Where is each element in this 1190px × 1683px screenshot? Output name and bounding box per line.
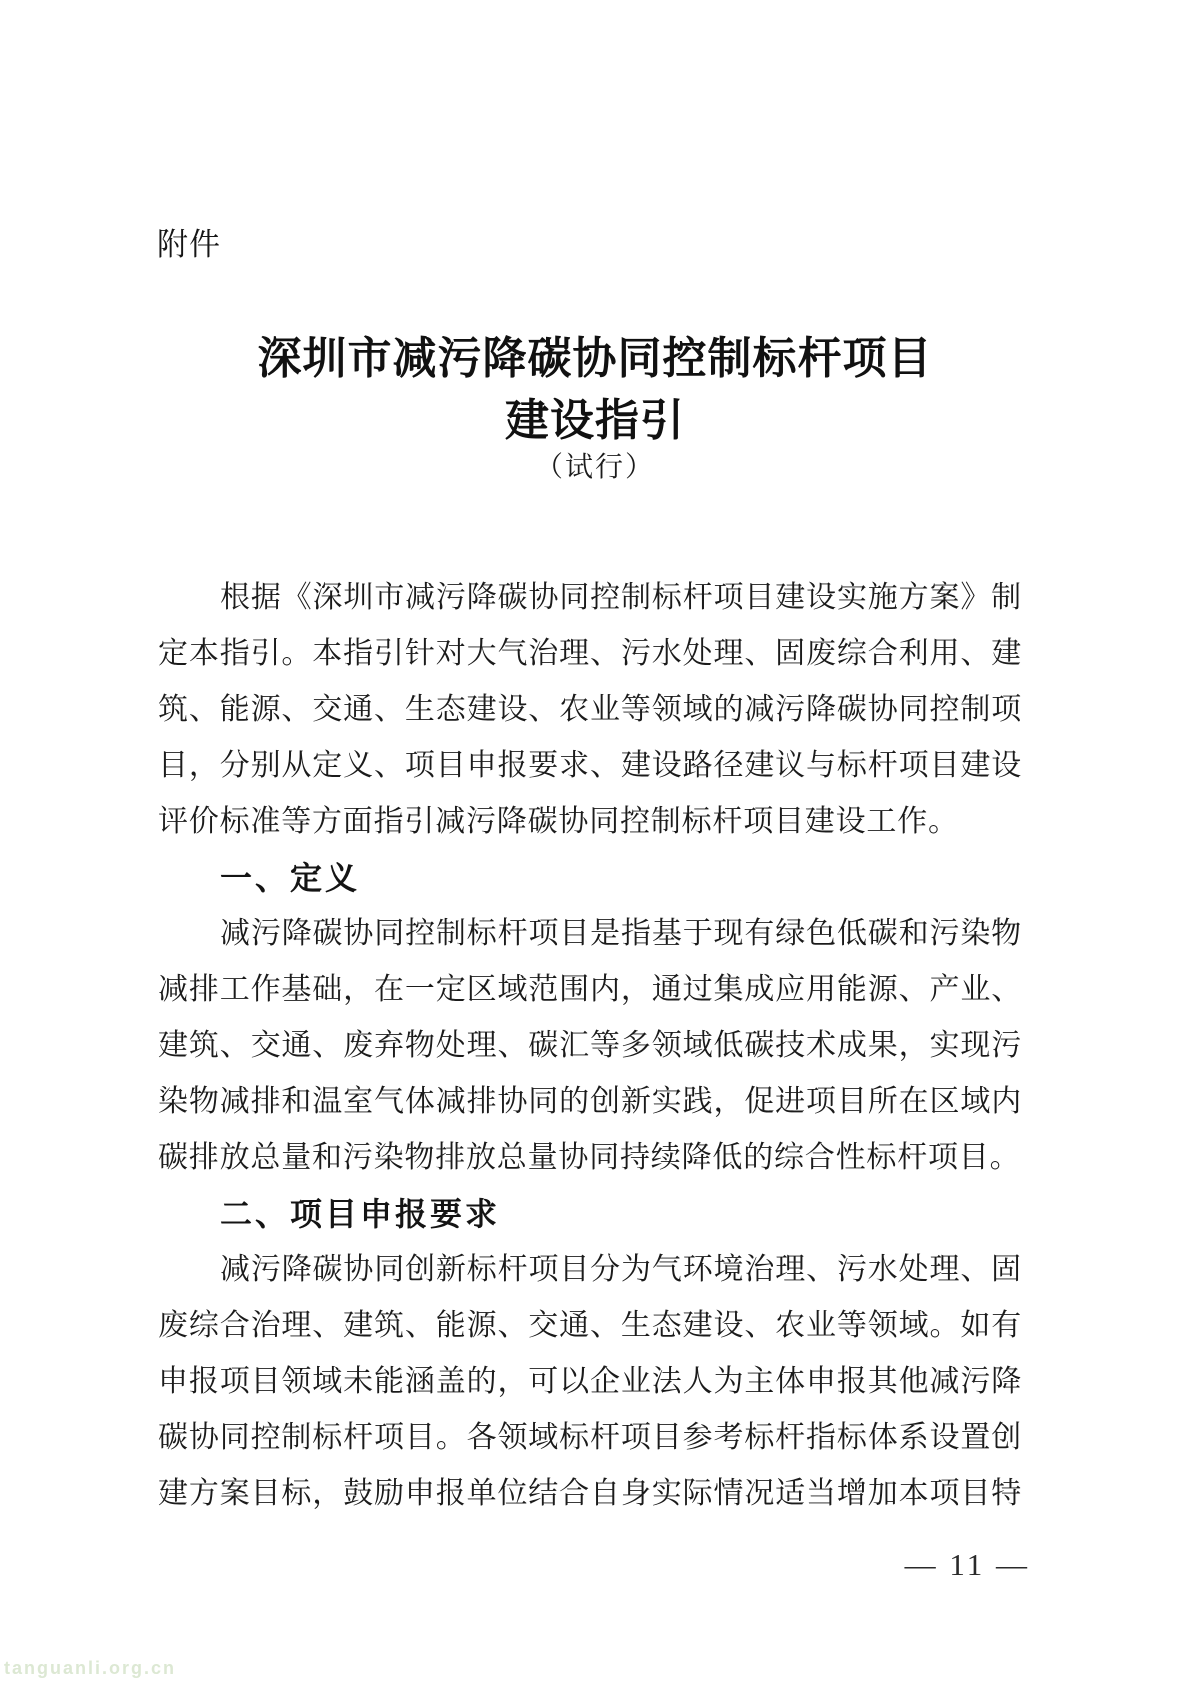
- attachment-label: 附件: [157, 226, 221, 264]
- body-line: 目，分别从定义、项目申报要求、建设路径建议与标杆项目建设: [158, 738, 1022, 794]
- body-line: 定本指引。本指引针对大气治理、污水处理、固废综合利用、建: [158, 626, 1022, 682]
- body-line: 减污降碳协同创新标杆项目分为气环境治理、污水处理、固: [158, 1242, 1022, 1298]
- document-title-line1: 深圳市减污降碳协同控制标杆项目: [0, 328, 1190, 390]
- page-number: — 11 —: [905, 1548, 1030, 1582]
- body-line: 建方案目标，鼓励申报单位结合自身实际情况适当增加本项目特: [158, 1466, 1022, 1522]
- body-line: 碳排放总量和污染物排放总量协同持续降低的综合性标杆项目。: [158, 1130, 1022, 1186]
- body-line: 染物减排和温室气体减排协同的创新实践，促进项目所在区域内: [158, 1074, 1022, 1130]
- body-line: 申报项目领域未能涵盖的，可以企业法人为主体申报其他减污降: [158, 1354, 1022, 1410]
- body-line: 根据《深圳市减污降碳协同控制标杆项目建设实施方案》制: [158, 570, 1022, 626]
- body-line: 减排工作基础，在一定区域范围内，通过集成应用能源、产业、: [158, 962, 1022, 1018]
- document-page: 附件 深圳市减污降碳协同控制标杆项目 建设指引 （试行） 根据《深圳市减污降碳协…: [0, 0, 1190, 1683]
- body-line: 废综合治理、建筑、能源、交通、生态建设、农业等领域。如有: [158, 1298, 1022, 1354]
- document-title-line2: 建设指引: [0, 390, 1190, 452]
- document-subtitle: （试行）: [0, 451, 1190, 485]
- watermark: tanguanli.org.cn: [4, 1657, 176, 1679]
- body-line: 减污降碳协同控制标杆项目是指基于现有绿色低碳和污染物: [158, 906, 1022, 962]
- body-line: 评价标准等方面指引减污降碳协同控制标杆项目建设工作。: [158, 794, 1022, 850]
- section-heading-application-requirements: 二、项目申报要求: [158, 1186, 1022, 1242]
- body-line: 筑、能源、交通、生态建设、农业等领域的减污降碳协同控制项: [158, 682, 1022, 738]
- document-title: 深圳市减污降碳协同控制标杆项目 建设指引: [0, 328, 1190, 452]
- document-body: 根据《深圳市减污降碳协同控制标杆项目建设实施方案》制 定本指引。本指引针对大气治…: [158, 570, 1022, 1522]
- body-line: 碳协同控制标杆项目。各领域标杆项目参考标杆指标体系设置创: [158, 1410, 1022, 1466]
- body-line: 建筑、交通、废弃物处理、碳汇等多领域低碳技术成果，实现污: [158, 1018, 1022, 1074]
- section-heading-definition: 一、定义: [158, 850, 1022, 906]
